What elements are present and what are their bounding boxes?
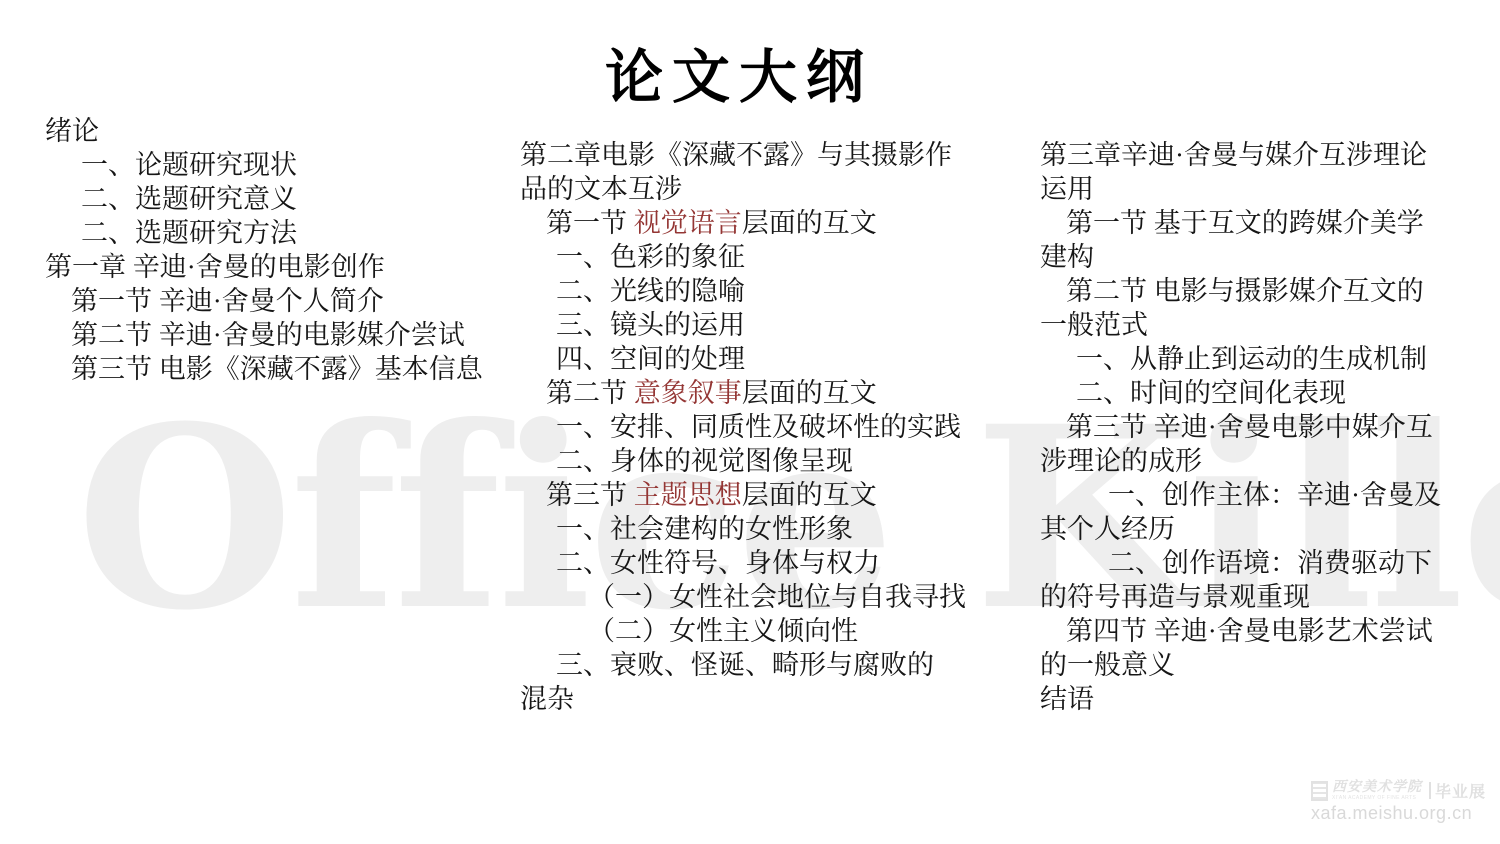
outline-text: 三、衰败、怪诞、畸形与腐败的 bbox=[556, 650, 934, 680]
outline-line: 二、女性符号、身体与权力 bbox=[520, 546, 1016, 580]
outline-text: 第三节 辛迪·舍曼电影中媒介互 bbox=[1066, 412, 1433, 442]
outline-line: 建构 bbox=[1040, 240, 1490, 274]
outline-line: 品的文本互涉 bbox=[520, 172, 1016, 206]
outline-text: 的一般意义 bbox=[1040, 650, 1175, 680]
outline-line: 运用 bbox=[1040, 172, 1490, 206]
outline-text: （一）女性社会地位与自我寻找 bbox=[588, 582, 966, 612]
outline-line: 第二章电影《深藏不露》与其摄影作 bbox=[520, 138, 1016, 172]
outline-line: 二、创作语境：消费驱动下 bbox=[1040, 546, 1490, 580]
outline-text: 涉理论的成形 bbox=[1040, 446, 1202, 476]
outline-line: 第三章辛迪·舍曼与媒介互涉理论 bbox=[1040, 138, 1490, 172]
outline-text: 第一章 辛迪·舍曼的电影创作 bbox=[45, 252, 385, 282]
outline-text: 第三节 bbox=[546, 480, 634, 510]
school-name: 西安美术学院 bbox=[1332, 781, 1422, 795]
outline-text: 一般范式 bbox=[1040, 310, 1148, 340]
outline-column-chapter3: 第三章辛迪·舍曼与媒介互涉理论运用第一节 基于互文的跨媒介美学建构第二节 电影与… bbox=[1040, 138, 1490, 716]
outline-line: 第三节 辛迪·舍曼电影中媒介互 bbox=[1040, 410, 1490, 444]
outline-text: 一、论题研究现状 bbox=[81, 150, 297, 180]
outline-line: （二）女性主义倾向性 bbox=[520, 614, 1016, 648]
outline-text: 第二节 电影与摄影媒介互文的 bbox=[1066, 276, 1424, 306]
outline-text: 第四节 辛迪·舍曼电影艺术尝试 bbox=[1066, 616, 1433, 646]
outline-text: 三、镜头的运用 bbox=[556, 310, 745, 340]
outline-line: 第一节 基于互文的跨媒介美学 bbox=[1040, 206, 1490, 240]
outline-column-chapter2: 第二章电影《深藏不露》与其摄影作品的文本互涉第一节 视觉语言层面的互文一、色彩的… bbox=[520, 138, 1016, 716]
outline-line: 结语 bbox=[1040, 682, 1490, 716]
outline-line: 第三节 电影《深藏不露》基本信息 bbox=[45, 352, 517, 386]
outline-line: 的一般意义 bbox=[1040, 648, 1490, 682]
outline-text: （二）女性主义倾向性 bbox=[588, 616, 858, 646]
outline-line: 二、选题研究意义 bbox=[45, 182, 517, 216]
red-highlight-text: 意象叙事 bbox=[634, 378, 742, 408]
outline-line: 一、色彩的象征 bbox=[520, 240, 1016, 274]
outline-text: 二、选题研究意义 bbox=[81, 184, 297, 214]
red-highlight-text: 主题思想 bbox=[634, 480, 742, 510]
outline-text: 结语 bbox=[1040, 684, 1094, 714]
outline-text: 第三章辛迪·舍曼与媒介互涉理论 bbox=[1040, 140, 1427, 170]
outline-text: 一、安排、同质性及破坏性的实践 bbox=[556, 412, 961, 442]
outline-line: 混杂 bbox=[520, 682, 1016, 716]
outline-text: 建构 bbox=[1040, 242, 1094, 272]
outline-line: 三、衰败、怪诞、畸形与腐败的 bbox=[520, 648, 1016, 682]
outline-text: 混杂 bbox=[520, 684, 574, 714]
outline-text: 层面的互文 bbox=[742, 208, 877, 238]
outline-text: 二、光线的隐喻 bbox=[556, 276, 745, 306]
outline-text: 绪论 bbox=[45, 116, 99, 146]
outline-text: 第一节 基于互文的跨媒介美学 bbox=[1066, 208, 1424, 238]
outline-text: 一、社会建构的女性形象 bbox=[556, 514, 853, 544]
red-highlight-text: 视觉语言 bbox=[634, 208, 742, 238]
outline-text: 层面的互文 bbox=[742, 480, 877, 510]
outline-line: 第三节 主题思想层面的互文 bbox=[520, 478, 1016, 512]
outline-line: 二、光线的隐喻 bbox=[520, 274, 1016, 308]
outline-line: 一、社会建构的女性形象 bbox=[520, 512, 1016, 546]
outline-line: 二、身体的视觉图像呈现 bbox=[520, 444, 1016, 478]
outline-text: 第二章电影《深藏不露》与其摄影作 bbox=[520, 140, 952, 170]
outline-text: 二、选题研究方法 bbox=[81, 218, 297, 248]
outline-text: 第二节 bbox=[546, 378, 634, 408]
xafa-logo-row: 西安美术学院 XI'AN ACADEMY OF FINE ARTS 毕业展 bbox=[1311, 779, 1495, 802]
outline-text: 第二节 辛迪·舍曼的电影媒介尝试 bbox=[71, 320, 465, 350]
outline-text: 层面的互文 bbox=[742, 378, 877, 408]
outline-line: 一、论题研究现状 bbox=[45, 148, 517, 182]
outline-text: 品的文本互涉 bbox=[520, 174, 682, 204]
outline-line: 第一章 辛迪·舍曼的电影创作 bbox=[45, 250, 517, 284]
outline-line: 二、时间的空间化表现 bbox=[1040, 376, 1490, 410]
outline-text: 一、创作主体：辛迪·舍曼及 bbox=[1108, 480, 1441, 510]
outline-line: 四、空间的处理 bbox=[520, 342, 1016, 376]
outline-line: （一）女性社会地位与自我寻找 bbox=[520, 580, 1016, 614]
outline-text: 一、色彩的象征 bbox=[556, 242, 745, 272]
outline-line: 第二节 电影与摄影媒介互文的 bbox=[1040, 274, 1490, 308]
outline-line: 一、创作主体：辛迪·舍曼及 bbox=[1040, 478, 1490, 512]
outline-text: 第一节 辛迪·舍曼个人简介 bbox=[71, 286, 384, 316]
outline-text: 的符号再造与景观重现 bbox=[1040, 582, 1310, 612]
outline-text: 第一节 bbox=[546, 208, 634, 238]
outline-line: 第一节 视觉语言层面的互文 bbox=[520, 206, 1016, 240]
outline-line: 二、选题研究方法 bbox=[45, 216, 517, 250]
page-title: 论文大纲 bbox=[0, 30, 1478, 114]
outline-line: 其个人经历 bbox=[1040, 512, 1490, 546]
outline-line: 第一节 辛迪·舍曼个人简介 bbox=[45, 284, 517, 318]
outline-line: 绪论 bbox=[45, 114, 517, 148]
xafa-seal-icon bbox=[1311, 781, 1328, 801]
outline-text: 运用 bbox=[1040, 174, 1094, 204]
outline-line: 第四节 辛迪·舍曼电影艺术尝试 bbox=[1040, 614, 1490, 648]
outline-line: 第二节 意象叙事层面的互文 bbox=[520, 376, 1016, 410]
outline-line: 的符号再造与景观重现 bbox=[1040, 580, 1490, 614]
outline-text: 二、女性符号、身体与权力 bbox=[556, 548, 880, 578]
outline-column-intro-chapter1: 绪论一、论题研究现状二、选题研究意义二、选题研究方法第一章 辛迪·舍曼的电影创作… bbox=[45, 114, 517, 386]
outline-text: 一、从静止到运动的生成机制 bbox=[1076, 344, 1427, 374]
outline-line: 涉理论的成形 bbox=[1040, 444, 1490, 478]
outline-text: 第三节 电影《深藏不露》基本信息 bbox=[71, 354, 483, 384]
outline-text: 其个人经历 bbox=[1040, 514, 1175, 544]
exhibition-label: 毕业展 bbox=[1435, 779, 1486, 802]
logo-divider bbox=[1429, 782, 1431, 799]
xafa-logo: 西安美术学院 XI'AN ACADEMY OF FINE ARTS 毕业展 xa… bbox=[1311, 779, 1495, 824]
outline-text: 二、身体的视觉图像呈现 bbox=[556, 446, 853, 476]
outline-line: 一般范式 bbox=[1040, 308, 1490, 342]
xafa-url: xafa.meishu.org.cn bbox=[1311, 802, 1495, 824]
outline-line: 三、镜头的运用 bbox=[520, 308, 1016, 342]
outline-line: 一、从静止到运动的生成机制 bbox=[1040, 342, 1490, 376]
outline-line: 一、安排、同质性及破坏性的实践 bbox=[520, 410, 1016, 444]
outline-text: 四、空间的处理 bbox=[556, 344, 745, 374]
school-name-en: XI'AN ACADEMY OF FINE ARTS bbox=[1332, 796, 1422, 801]
outline-text: 二、创作语境：消费驱动下 bbox=[1108, 548, 1432, 578]
outline-text: 二、时间的空间化表现 bbox=[1076, 378, 1346, 408]
school-name-block: 西安美术学院 XI'AN ACADEMY OF FINE ARTS bbox=[1332, 781, 1422, 801]
outline-line: 第二节 辛迪·舍曼的电影媒介尝试 bbox=[45, 318, 517, 352]
